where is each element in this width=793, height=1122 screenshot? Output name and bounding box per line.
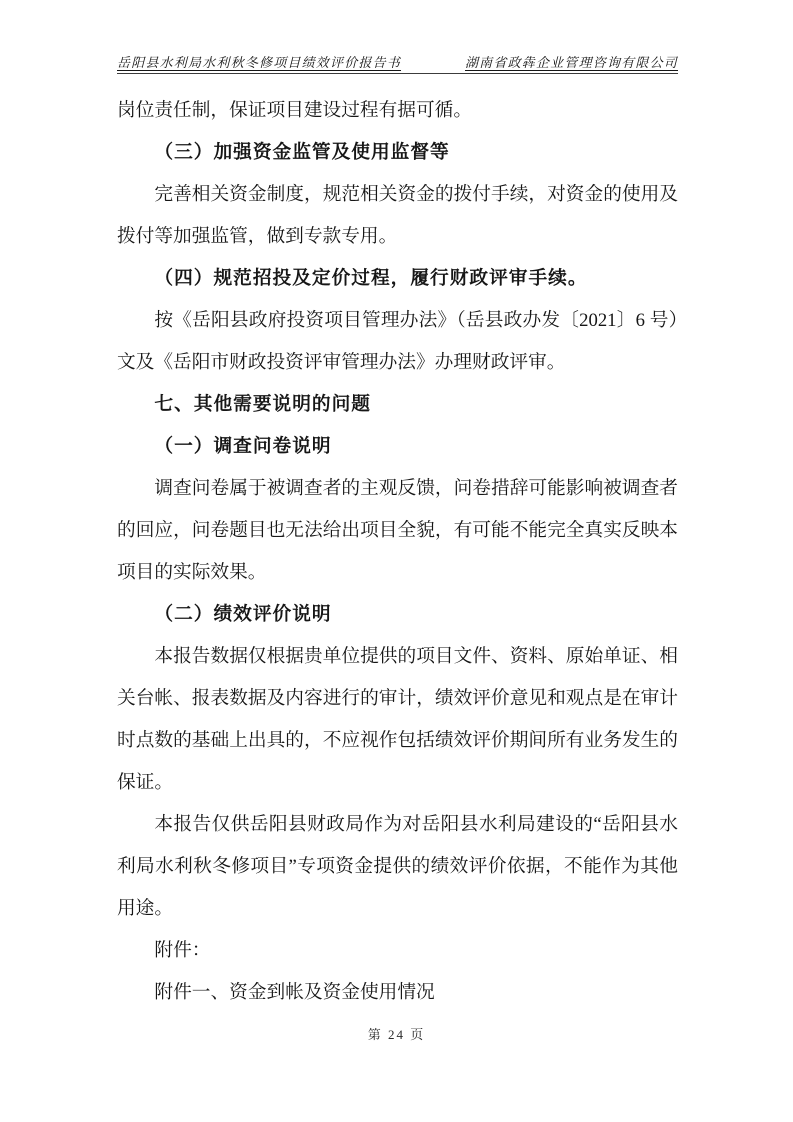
header-left-title: 岳阳县水利局水利秋冬修项目绩效评价报告书 <box>117 52 401 71</box>
section-heading: 七、其他需要说明的问题 <box>117 384 678 426</box>
paragraph: 按《岳阳县政府投资项目管理办法》（岳县政办发〔2021〕6 号）文及《岳阳市财政… <box>117 300 678 384</box>
document-body: 岗位责任制，保证项目建设过程有据可循。（三）加强资金监管及使用监督等完善相关资金… <box>117 90 678 1014</box>
section-heading: （四）规范招投及定价过程，履行财政评审手续。 <box>117 258 678 300</box>
paragraph: 附件： <box>117 930 678 972</box>
document-page: 岳阳县水利局水利秋冬修项目绩效评价报告书 湖南省政犇企业管理咨询有限公司 岗位责… <box>0 0 793 1122</box>
paragraph: 附件一、资金到帐及资金使用情况 <box>117 972 678 1014</box>
section-heading: （二）绩效评价说明 <box>117 594 678 636</box>
section-heading: （一）调查问卷说明 <box>117 426 678 468</box>
paragraph: 调查问卷属于被调查者的主观反馈，问卷措辞可能影响被调查者的回应，问卷题目也无法给… <box>117 468 678 594</box>
paragraph: 本报告数据仅根据贵单位提供的项目文件、资料、原始单证、相关台帐、报表数据及内容进… <box>117 636 678 804</box>
page-footer: 第 24 页 <box>0 1024 793 1043</box>
section-heading: （三）加强资金监管及使用监督等 <box>117 132 678 174</box>
paragraph: 岗位责任制，保证项目建设过程有据可循。 <box>117 90 678 132</box>
page-number: 第 24 页 <box>368 1027 426 1042</box>
header-right-title: 湖南省政犇企业管理咨询有限公司 <box>465 52 678 71</box>
page-header: 岳阳县水利局水利秋冬修项目绩效评价报告书 湖南省政犇企业管理咨询有限公司 <box>117 52 678 74</box>
paragraph: 完善相关资金制度，规范相关资金的拨付手续，对资金的使用及拨付等加强监管，做到专款… <box>117 174 678 258</box>
paragraph: 本报告仅供岳阳县财政局作为对岳阳县水利局建设的“岳阳县水利局水利秋冬修项目”专项… <box>117 804 678 930</box>
